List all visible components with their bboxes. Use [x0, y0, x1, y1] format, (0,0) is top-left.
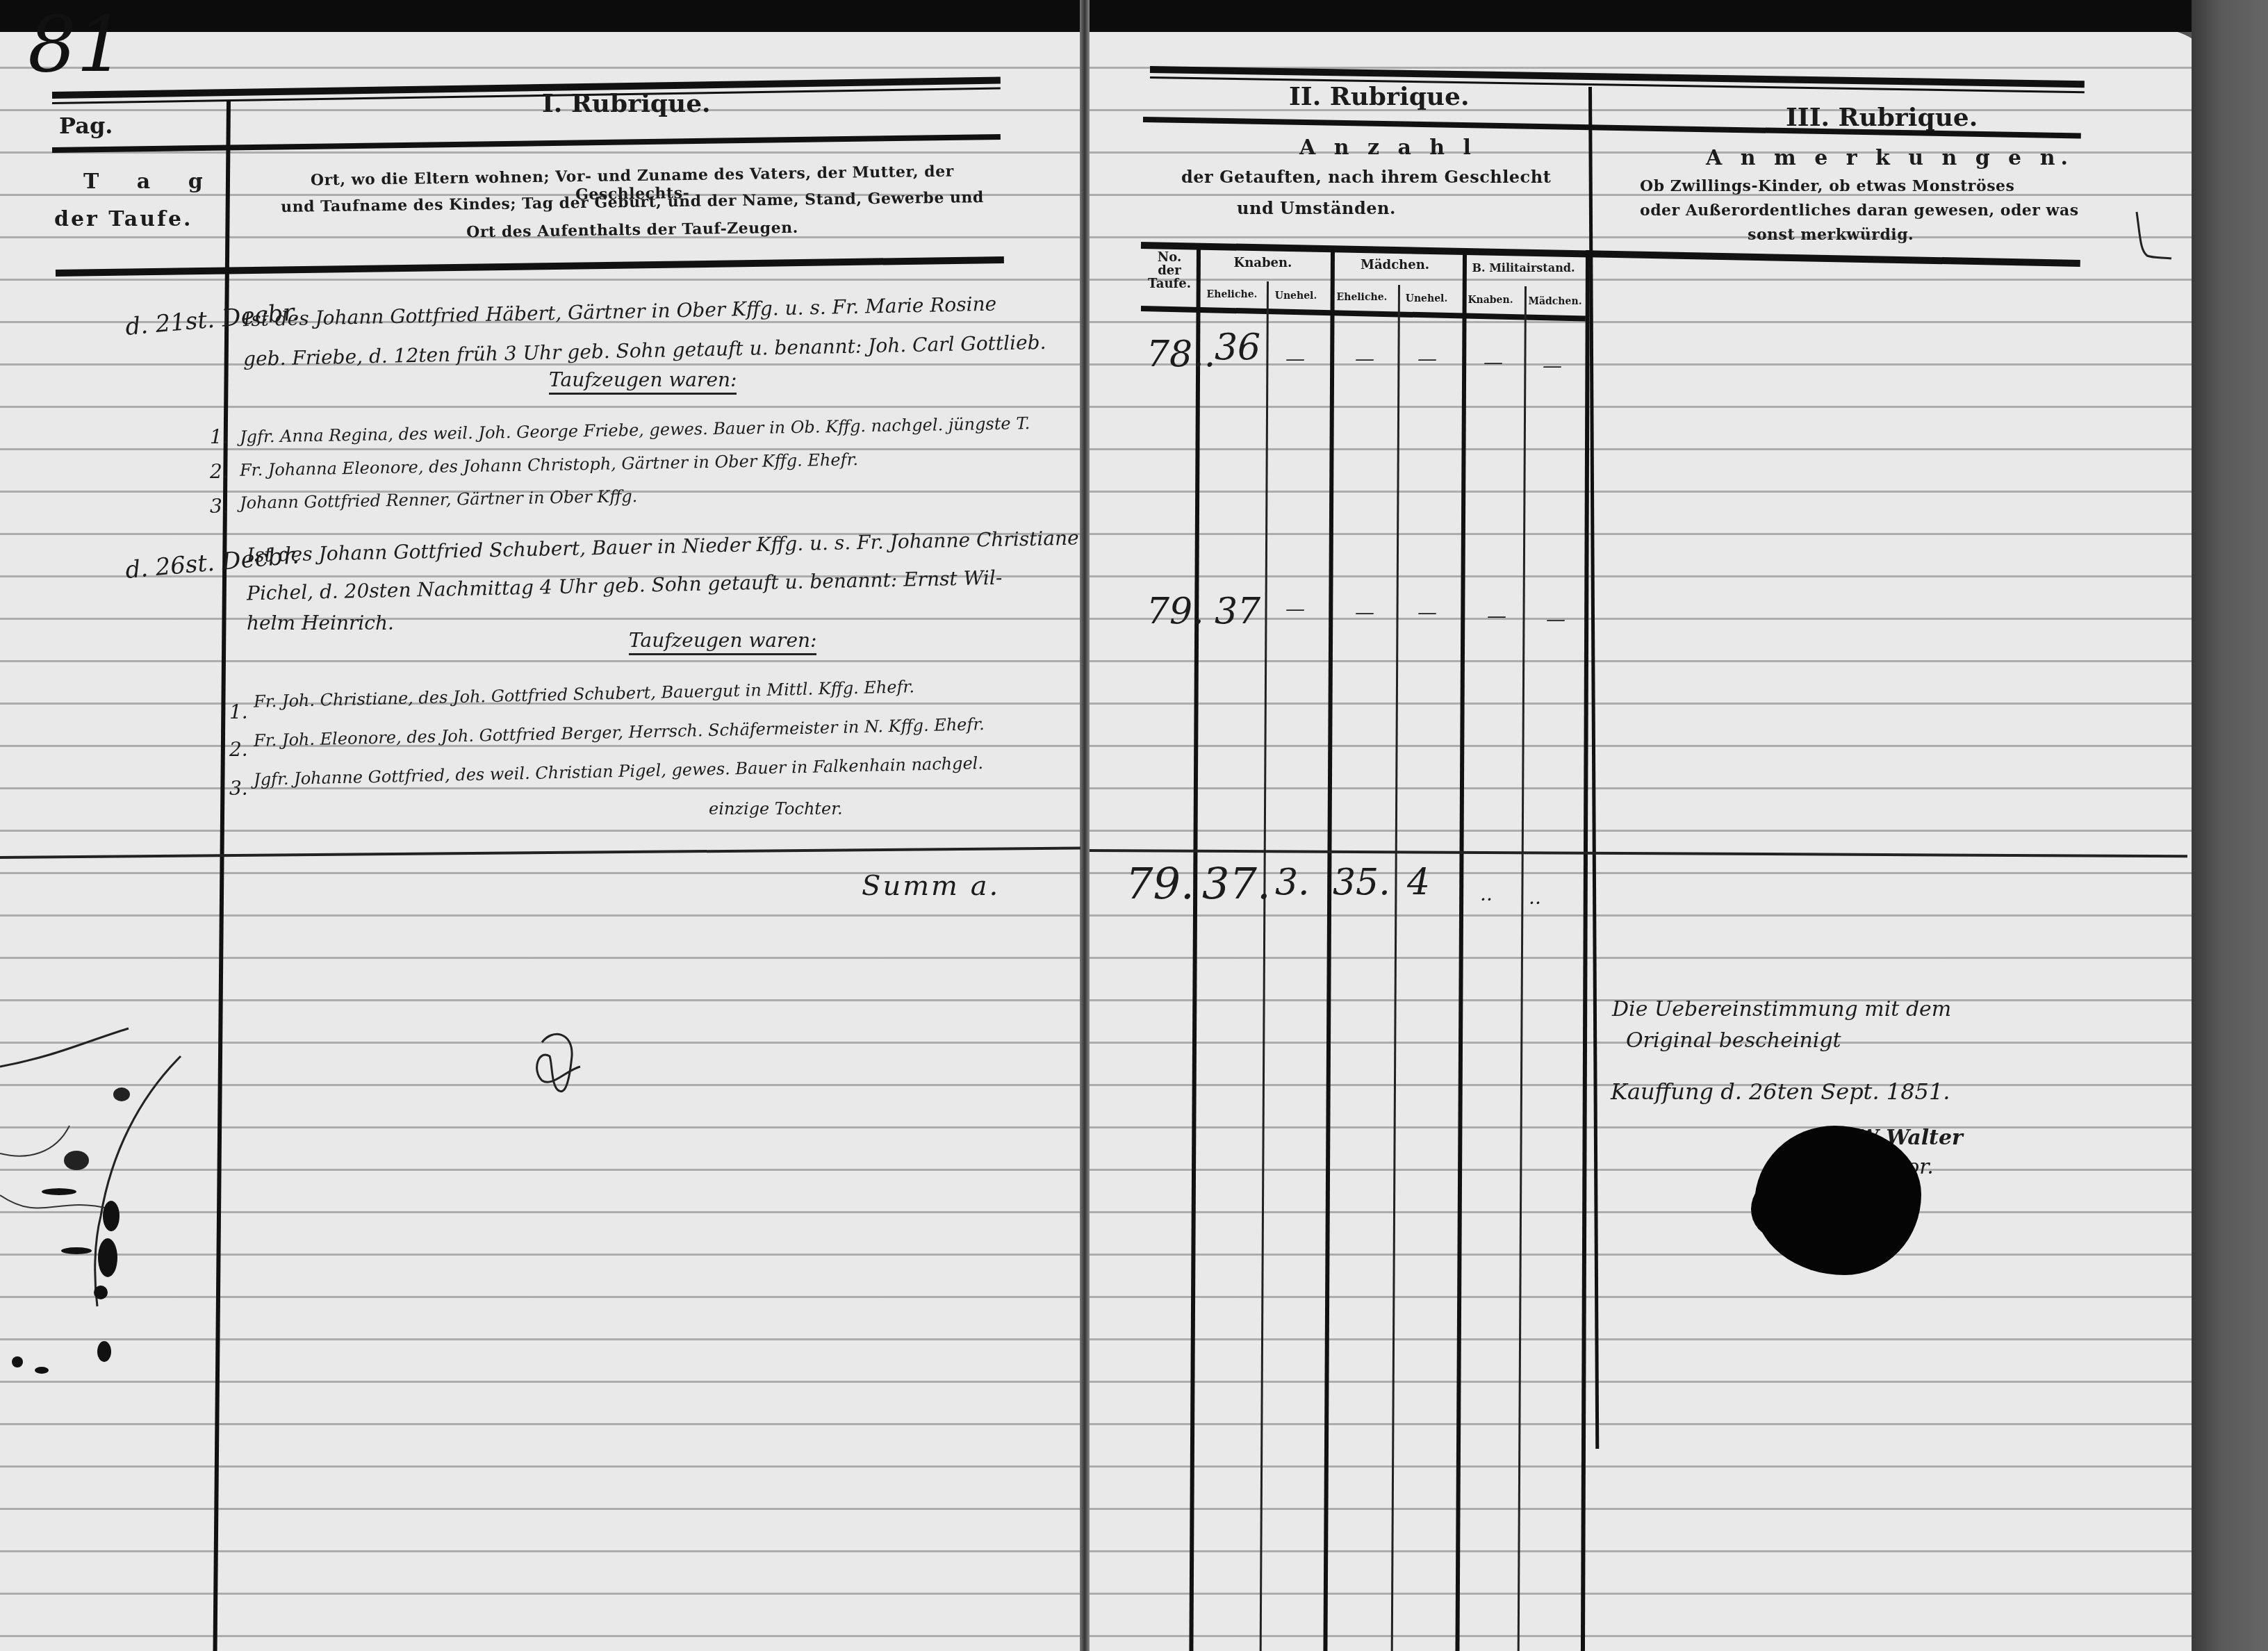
- entry-1-witness-2-num: 2.: [210, 460, 229, 483]
- col-knaben-ehelich: Eheliche.: [1201, 289, 1263, 300]
- entry-1-witness-3-num: 3.: [210, 495, 229, 518]
- row-78-mil-knaben: —: [1484, 351, 1503, 374]
- rubrique-3-heading: A n m e r k u n g e n.: [1706, 146, 2073, 170]
- entry-2-witness-2-num: 2.: [229, 738, 248, 761]
- wax-seal-lobe: [1751, 1181, 1800, 1237]
- row-79-knaben-unehel: —: [1285, 598, 1305, 621]
- pag-label: Pag.: [59, 113, 113, 139]
- row-78-knaben-ehelich: 36: [1215, 327, 1260, 368]
- entry-2-witness-heading: Taufzeugen waren:: [629, 629, 816, 655]
- col-no-line-2: der: [1145, 265, 1194, 278]
- col-militairstand: B. Militairstand.: [1459, 263, 1588, 274]
- col-maedchen-unehel: Unehel.: [1395, 293, 1458, 304]
- row-78-mil-maedchen: —: [1543, 354, 1562, 377]
- row-78-knaben-unehel: —: [1285, 347, 1305, 370]
- row-79-mil-maedchen: —: [1546, 608, 1566, 631]
- summa-mil-maedchen: ..: [1529, 886, 1541, 909]
- col-maedchen: Mädchen.: [1331, 259, 1459, 272]
- scan-right-edge: [2192, 0, 2268, 1651]
- rubrique-3-desc-3: sonst merkwürdig.: [1748, 226, 1914, 244]
- col-no-der-taufe: No. der Taufe.: [1145, 252, 1194, 291]
- entry-2-line-3: helm Heinrich.: [247, 611, 394, 634]
- certification-line-2: Original bescheinigt: [1626, 1028, 1841, 1053]
- rubrique-2-desc-1: der Getauften, nach ihrem Geschlecht: [1181, 167, 1551, 187]
- row-79-maedchen-unehel: —: [1417, 601, 1437, 624]
- row-79-knaben-ehelich: 37: [1215, 591, 1260, 632]
- summa-no: 79.: [1126, 858, 1194, 909]
- paraph-mark-icon: [532, 1028, 587, 1098]
- rubrique-2-title: II. Rubrique.: [1289, 82, 1469, 111]
- summa-label: Summ a.: [862, 870, 1000, 902]
- certification-line-1: Die Uebereinstimmung mit dem: [1612, 997, 1951, 1021]
- rubrique-1-title: I. Rubrique.: [542, 89, 711, 118]
- ink-stroke-icon: [2133, 208, 2175, 264]
- summa-knaben-ehelich: 37.: [1202, 858, 1271, 909]
- summa-maedchen-ehelich: 35.: [1333, 862, 1390, 903]
- summa-maedchen-unehel: 4: [1407, 862, 1430, 903]
- col-knaben: Knaben.: [1199, 257, 1327, 270]
- col-maedchen-ehelich: Eheliche.: [1331, 292, 1393, 303]
- row-79-no: 79.: [1147, 591, 1204, 632]
- row-78-no: 78..: [1147, 334, 1215, 375]
- row-79-maedchen-ehelich: —: [1355, 601, 1374, 624]
- entry-2-witness-3-num: 3.: [229, 777, 248, 800]
- col-mil-knaben: Knaben.: [1459, 295, 1522, 306]
- page-number-fragment: 81: [28, 0, 125, 89]
- col-knaben-unehel: Unehel.: [1265, 290, 1327, 302]
- tag-label: T a g: [83, 170, 218, 194]
- rubrique-2-desc-2: und Umständen.: [1237, 198, 1396, 218]
- entry-2-witness-3-cont: einzige Tochter.: [709, 799, 843, 819]
- ink-stain-icon: [0, 1015, 195, 1501]
- rubrique-3-title: III. Rubrique.: [1786, 103, 1978, 132]
- certification-place-date: Kauffung d. 26ten Sept. 1851.: [1611, 1078, 1950, 1105]
- summa-mil-knaben: ..: [1480, 882, 1493, 905]
- der-taufe-label: der Taufe.: [54, 207, 192, 231]
- row-78-maedchen-unehel: —: [1417, 347, 1437, 370]
- scan-top-shadow: [0, 0, 2268, 32]
- row-78-maedchen-ehelich: —: [1355, 347, 1374, 370]
- summa-knaben-unehel: 3.: [1275, 862, 1310, 903]
- book-gutter: [1080, 0, 1090, 1651]
- entry-1-witness-1-num: 1.: [210, 425, 229, 448]
- col-no-line-3: Taufe.: [1145, 278, 1194, 291]
- row-79-mil-knaben: —: [1487, 605, 1506, 627]
- entry-2-witness-1-num: 1.: [229, 700, 248, 723]
- col-mil-maedchen: Mädchen.: [1523, 296, 1587, 307]
- rubrique-3-desc-1: Ob Zwillings-Kinder, ob etwas Monströses: [1640, 177, 2014, 195]
- entry-1-witness-heading: Taufzeugen waren:: [549, 368, 737, 395]
- rubrique-2-heading: A n z a h l: [1299, 135, 1477, 160]
- rubrique-3-desc-2: oder Außerordentliches daran gewesen, od…: [1640, 202, 2079, 220]
